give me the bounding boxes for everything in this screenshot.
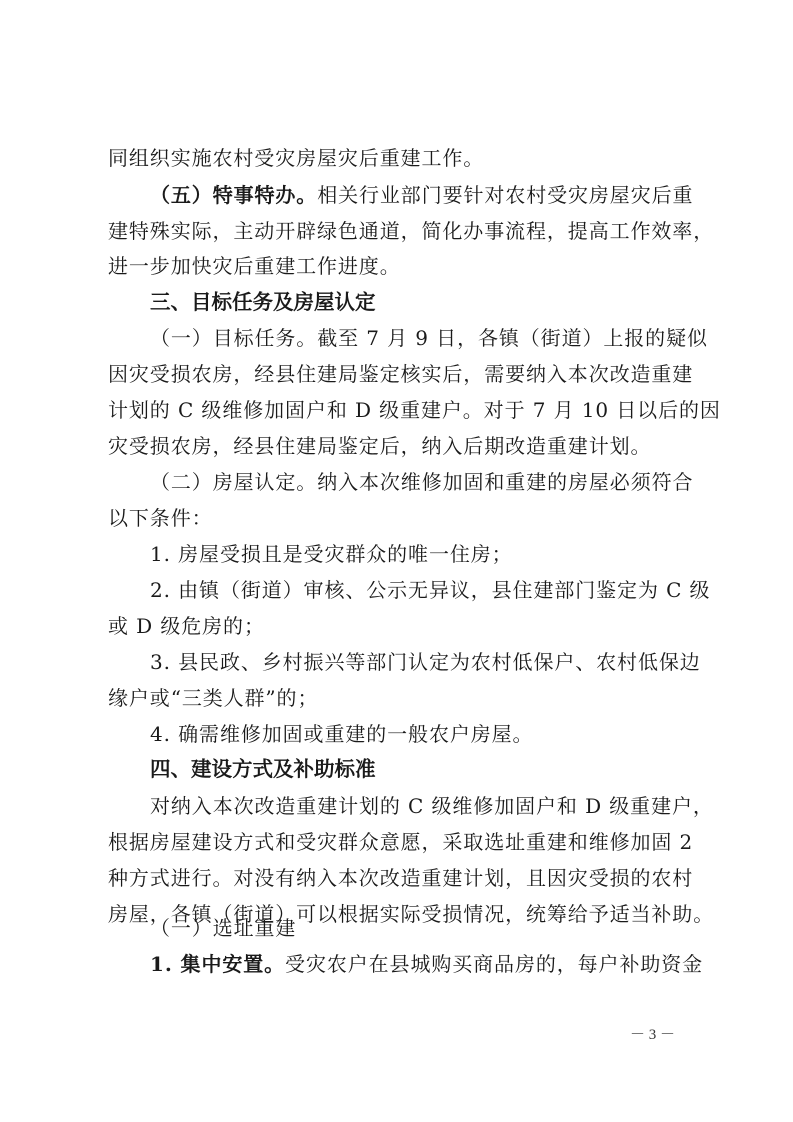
body-text: 受灾农户在县城购买商品房的，每户补助资金 <box>285 952 703 976</box>
list-item: 1. 房屋受损且是受灾群众的唯一住房； <box>150 536 694 572</box>
body-text-line: 进一步加快灾后重建工作进度。 <box>108 248 694 284</box>
body-text-line: （一）目标任务。截至 7 月 9 日，各镇（街道）上报的疑似 <box>150 320 694 356</box>
body-text-line: 种方式进行。对没有纳入本次改造重建计划，且因灾受损的农村 <box>108 860 694 896</box>
body-text-line: 建特殊实际，主动开辟绿色通道，简化办事流程，提高工作效率， <box>108 213 694 249</box>
subsection-lead: （二）房屋认定。 <box>150 470 317 494</box>
body-text-line: 以下条件： <box>108 500 694 536</box>
body-text-line: 根据房屋建设方式和受灾群众意愿，采取选址重建和维修加固 2 <box>108 824 694 860</box>
body-text-line: 缘户或“三类人群”的； <box>108 680 694 716</box>
list-item: 2. 由镇（街道）审核、公示无异议，县住建部门鉴定为 C 级 <box>150 572 694 608</box>
body-text-line: （二）房屋认定。纳入本次维修加固和重建的房屋必须符合 <box>150 464 694 500</box>
body-text-line: （五）特事特办。相关行业部门要针对农村受灾房屋灾后重 <box>150 177 694 213</box>
section-heading: 三、目标任务及房屋认定 <box>150 284 694 320</box>
subsection-lead: （五）特事特办。 <box>150 183 317 207</box>
body-text-line: 灾受损农房，经县住建局鉴定后，纳入后期改造重建计划。 <box>108 428 694 464</box>
body-text-line: 因灾受损农房，经县住建局鉴定核实后，需要纳入本次改造重建 <box>108 356 694 392</box>
body-text-line: 1. 集中安置。受灾农户在县城购买商品房的，每户补助资金 <box>150 946 694 982</box>
item-lead: 1. 集中安置。 <box>150 952 285 976</box>
page-number: － 3 － <box>630 1023 675 1044</box>
body-text-line: 计划的 C 级维修加固户和 D 级重建户。对于 7 月 10 日以后的因 <box>108 392 694 428</box>
subsection-heading: （一）选址重建 <box>150 910 694 946</box>
body-text: 相关行业部门要针对农村受灾房屋灾后重 <box>317 183 693 207</box>
body-text: 纳入本次维修加固和重建的房屋必须符合 <box>317 470 693 494</box>
body-text-line: 同组织实施农村受灾房屋灾后重建工作。 <box>108 140 694 176</box>
body-text-line: 或 D 级危房的； <box>108 608 694 644</box>
list-item: 4. 确需维修加固或重建的一般农户房屋。 <box>150 716 694 752</box>
body-text-line: 对纳入本次改造重建计划的 C 级维修加固户和 D 级重建户， <box>150 788 694 824</box>
section-heading: 四、建设方式及补助标准 <box>150 751 694 787</box>
list-item: 3. 县民政、乡村振兴等部门认定为农村低保户、农村低保边 <box>150 644 694 680</box>
